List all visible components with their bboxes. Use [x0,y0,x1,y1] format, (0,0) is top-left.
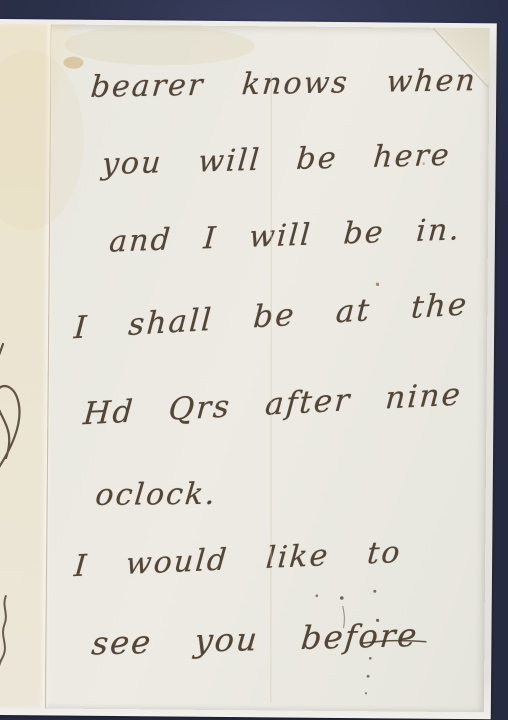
handwriting-line-1: bearer knows when [89,63,478,105]
letter-page [0,24,490,712]
letter-in-mat: bearer knows when you will be here and I… [0,0,508,720]
handwriting-line-6: oclock. [94,477,219,513]
framed-letter-photo: bearer knows when you will be here and I… [0,0,508,720]
adjacent-page-edge [0,24,52,708]
